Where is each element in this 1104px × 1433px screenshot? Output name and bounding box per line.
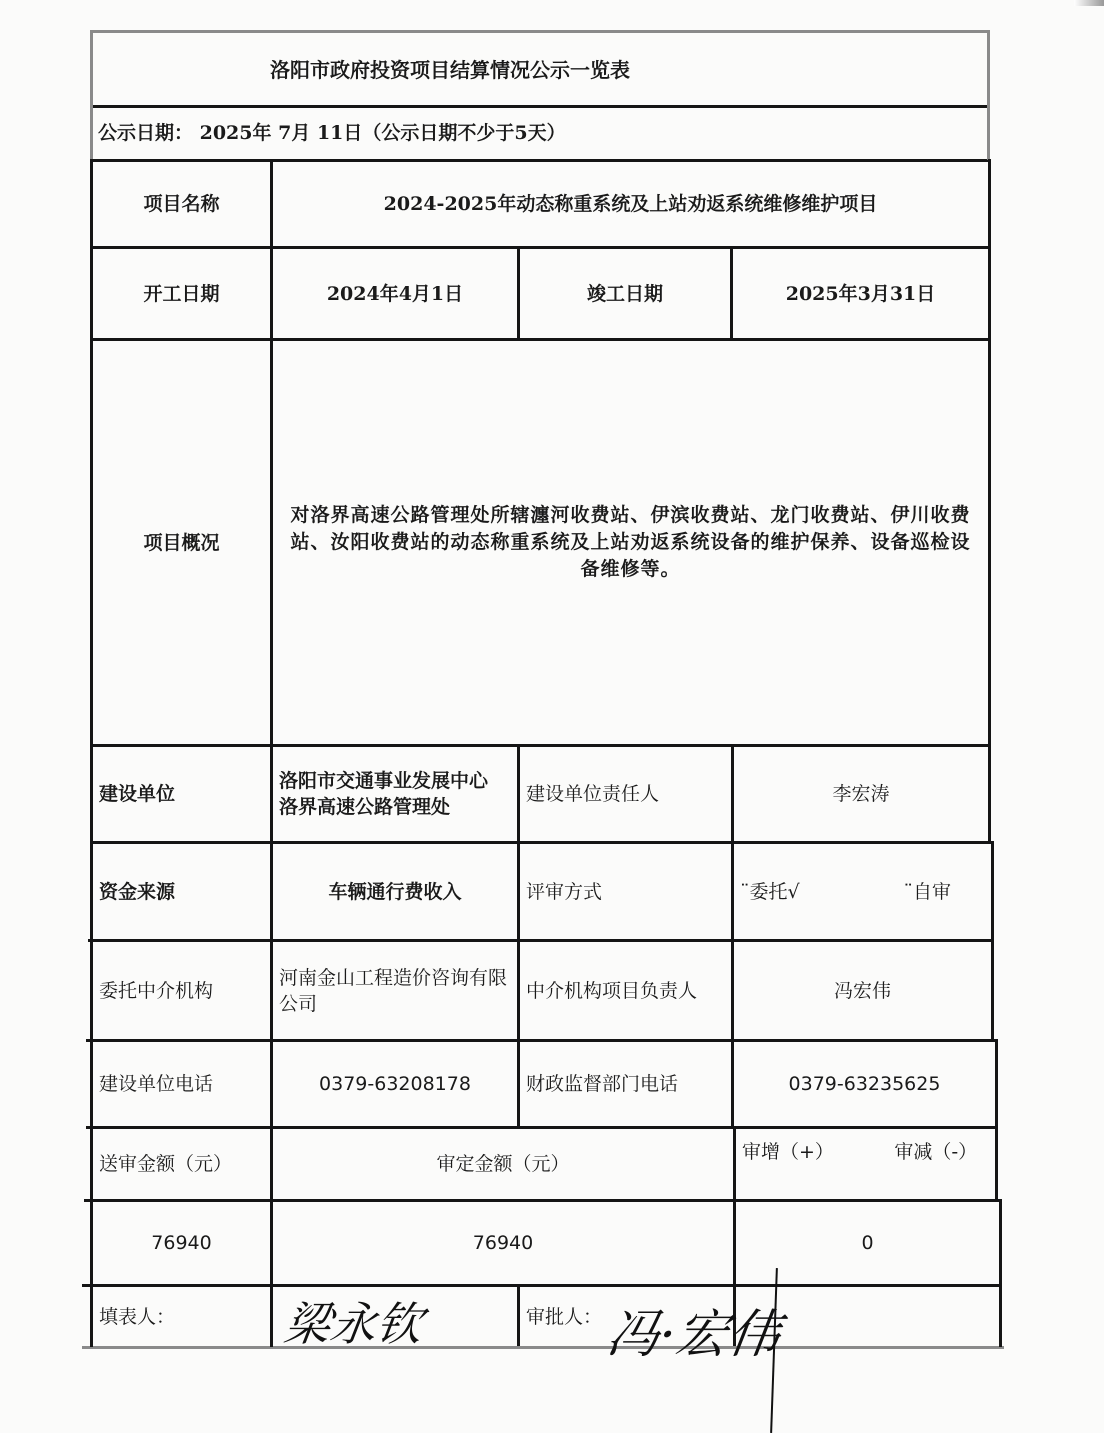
finance-phone-label: 财政监督部门电话	[520, 1042, 731, 1126]
review-method-label: 评审方式	[520, 844, 731, 939]
builder-phone-label: 建设单位电话	[93, 1042, 270, 1126]
overview-value: 对洛界高速公路管理处所辖瀍河收费站、伊滨收费站、龙门收费站、伊川收费站、汝阳收费…	[273, 341, 988, 744]
border-right	[995, 1039, 998, 1201]
agency-head-value: 冯宏伟	[734, 942, 991, 1039]
builder-head-label: 建设单位责任人	[520, 747, 731, 841]
border-top	[90, 30, 990, 33]
announce-date: 公示日期： 2025年 7月 11日（公示日期不少于5天）	[92, 108, 982, 158]
border-bottom	[82, 1346, 1004, 1349]
approver-signature: 冯·宏伟	[603, 1292, 786, 1367]
end-date-label: 竣工日期	[520, 249, 730, 338]
filler-label: 填表人：	[93, 1287, 270, 1346]
agency-value: 河南金山工程造价咨询有限公司	[273, 942, 517, 1039]
builder-head-value: 李宏涛	[734, 747, 988, 841]
submitted-amount-value: 76940	[93, 1202, 270, 1284]
end-date-value: 2025年3月31日	[733, 249, 988, 338]
agency-head-label: 中介机构项目负责人	[520, 942, 731, 1039]
start-date-label: 开工日期	[93, 249, 270, 338]
border-right	[988, 159, 991, 841]
finance-phone-value: 0379-63235625	[734, 1042, 995, 1126]
difference-label: 审增（+） 审减（-）	[736, 1129, 995, 1199]
border-right	[987, 30, 990, 160]
approved-amount-label: 审定金额（元）	[273, 1129, 733, 1199]
review-method-options: ¨委托√ ¨自审	[734, 844, 991, 939]
overview-label: 项目概况	[93, 341, 270, 744]
review-option-self-checkbox[interactable]: ¨自审	[903, 879, 951, 905]
start-date-value: 2024年4月1日	[273, 249, 517, 338]
border-right	[991, 841, 994, 1041]
project-name-value: 2024-2025年动态称重系统及上站劝返系统维修维护项目	[273, 162, 988, 246]
builder-value-line2: 洛界高速公路管理处	[279, 794, 450, 820]
agency-label: 委托中介机构	[93, 942, 270, 1039]
fund-source-label: 资金来源	[93, 844, 270, 939]
submitted-amount-label: 送审金额（元）	[93, 1129, 270, 1199]
form-title: 洛阳市政府投资项目结算情况公示一览表	[270, 50, 670, 90]
builder-label: 建设单位	[93, 747, 270, 841]
filler-signature: 梁永钦	[280, 1288, 427, 1354]
approved-amount-value: 76940	[273, 1202, 733, 1284]
border-right	[999, 1199, 1002, 1347]
builder-phone-value: 0379-63208178	[273, 1042, 517, 1126]
project-name-label: 项目名称	[93, 162, 270, 246]
builder-value: 洛阳市交通事业发展中心 洛界高速公路管理处	[273, 747, 517, 841]
builder-value-line1: 洛阳市交通事业发展中心	[279, 768, 488, 794]
review-option-entrusted-checkbox[interactable]: ¨委托√	[740, 879, 800, 905]
settlement-disclosure-form: 洛阳市政府投资项目结算情况公示一览表 公示日期： 2025年 7月 11日（公示…	[0, 0, 1104, 1433]
fund-source-value: 车辆通行费收入	[273, 844, 517, 939]
